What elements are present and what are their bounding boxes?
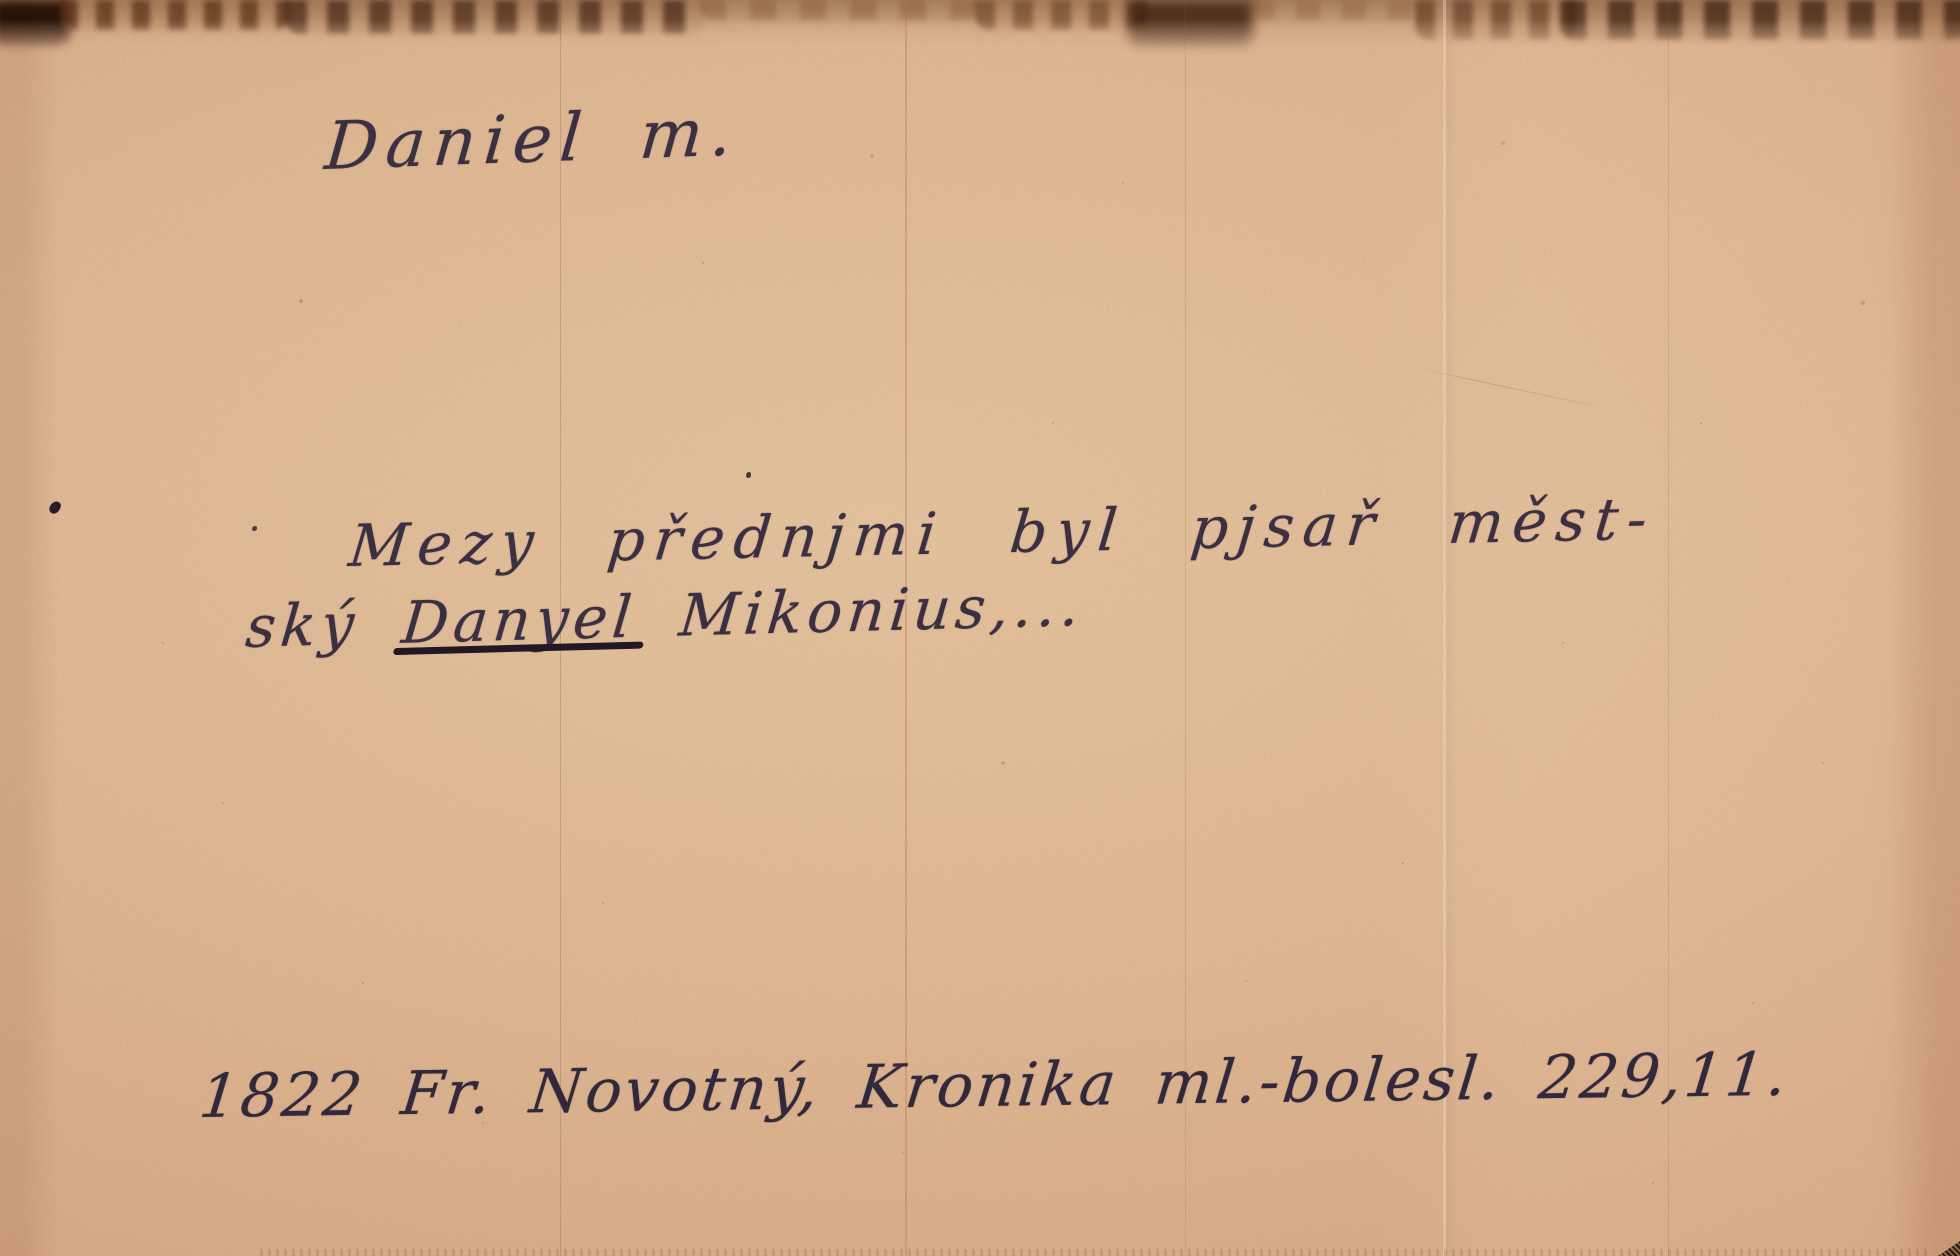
note-line-2-prefix: ský <box>243 589 406 661</box>
paper-specks <box>0 0 2 2</box>
binding-shadow-streak <box>975 0 1150 30</box>
binding-shadow-streak <box>1250 0 1430 20</box>
ink-blot <box>48 499 63 515</box>
ink-dot <box>746 472 751 478</box>
binding-shadow-streak <box>700 0 980 20</box>
binding-shadow-streak <box>1560 0 1960 40</box>
index-card: Daniel m. Mezy přednjmi byl pjsař měst- … <box>0 0 1960 1256</box>
diagonal-crease <box>1400 364 1625 413</box>
corner-hatch-mark <box>1938 1241 1960 1256</box>
top-edge-shadow <box>0 0 1960 56</box>
binding-shadow-streak <box>1415 0 1575 40</box>
citation-line: 1822 Fr. Novotný, Kronika ml.-bolesl. 22… <box>196 1040 1793 1132</box>
bottom-edge-texture <box>260 1249 1930 1256</box>
note-line-2: ský Danyel Mikonius,... <box>243 574 1087 660</box>
note-line-1: Mezy přednjmi byl pjsař měst- <box>346 484 1659 580</box>
ink-dot <box>252 526 257 531</box>
note-line-2-suffix: Mikonius,... <box>633 571 1088 651</box>
binding-shadow-streak <box>285 0 705 34</box>
binding-shadow-streak <box>60 0 290 30</box>
heading-text: Daniel m. <box>322 93 743 185</box>
binding-shadow-streak <box>0 0 70 48</box>
binding-shadow-streak <box>1128 0 1253 50</box>
underlined-name: Danyel <box>399 583 640 657</box>
